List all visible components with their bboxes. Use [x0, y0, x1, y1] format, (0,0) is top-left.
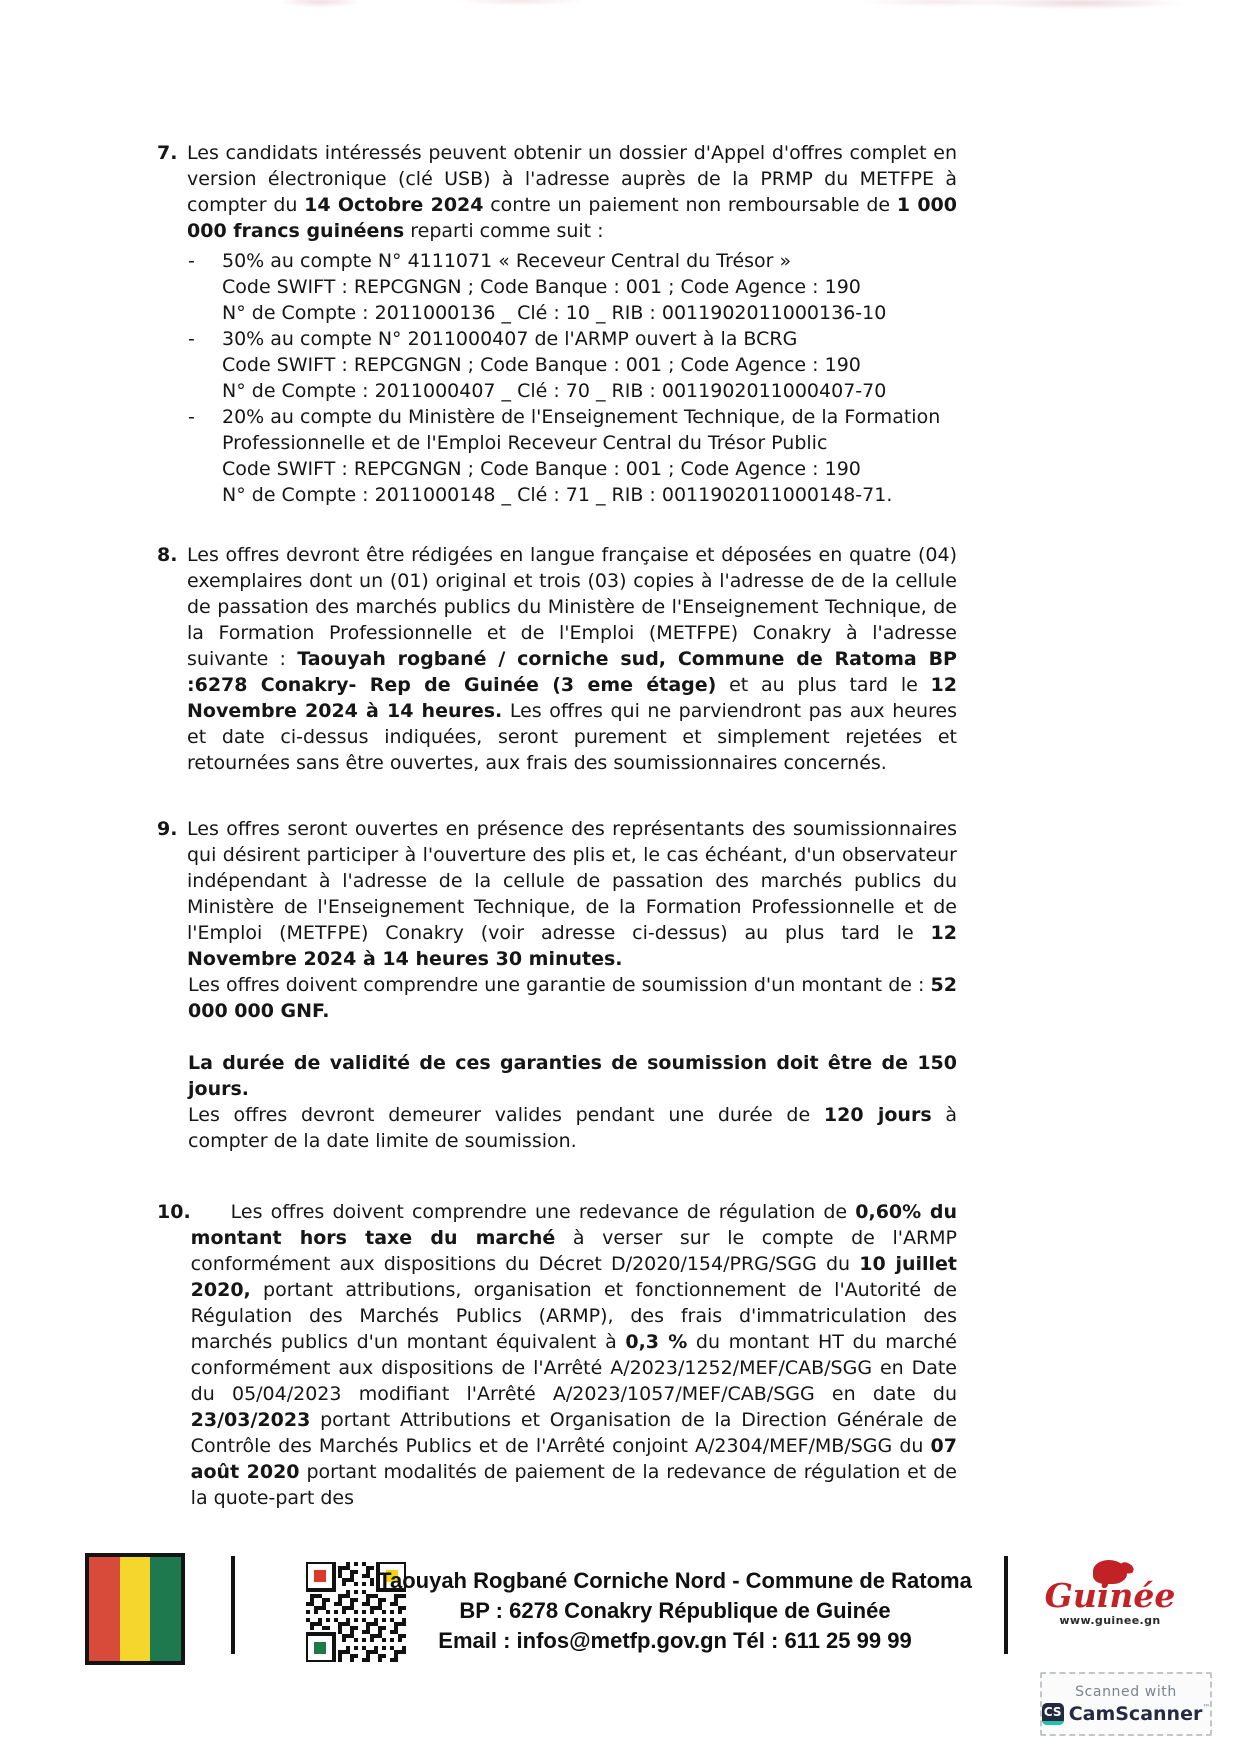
list-item: -30% au compte N° 2011000407 de l'ARMP o… [188, 326, 957, 404]
guinea-flag-icon [85, 1553, 185, 1665]
camscanner-badge: Scanned with CS CamScanner™ [1040, 1672, 1212, 1736]
list-item-line: Code SWIFT : REPCGNGN ; Code Banque : 00… [222, 274, 957, 300]
list-item-line: Code SWIFT : REPCGNGN ; Code Banque : 00… [222, 456, 957, 482]
list-item-line: N° de Compte : 2011000148 _ Clé : 71 _ R… [222, 482, 957, 508]
list-item-line: N° de Compte : 2011000136 _ Clé : 10 _ R… [222, 300, 957, 326]
paragraph: 9.Les offres seront ouvertes en présence… [157, 816, 957, 972]
list-dash: - [188, 404, 222, 508]
list-item: -20% au compte du Ministère de l'Enseign… [188, 404, 957, 508]
list-item-line: 30% au compte N° 2011000407 de l'ARMP ou… [222, 326, 957, 352]
item-number: 7. [157, 140, 187, 244]
text-run: Les offres devront demeurer valides pend… [188, 1104, 824, 1126]
text-run: 20% au compte du Ministère de l'Enseigne… [222, 406, 940, 454]
text-run: 0,3 % [625, 1331, 687, 1353]
footer-address: Taouyah Rogbané Corniche Nord - Commune … [360, 1566, 990, 1656]
text-run: Les offres seront ouvertes en présence d… [187, 818, 957, 944]
text-run: contre un paiement non remboursable de [483, 194, 896, 216]
guinee-logo-url: www.guinee.gn [1030, 1614, 1190, 1627]
text-run: Code SWIFT : REPCGNGN ; Code Banque : 00… [222, 354, 861, 376]
list-item-text: 50% au compte N° 4111071 « Receveur Cent… [222, 248, 957, 326]
item-number: 8. [157, 542, 187, 776]
text-run: portant modalités de paiement de la rede… [191, 1461, 957, 1509]
list-dash: - [188, 248, 222, 326]
footer: Taouyah Rogbané Corniche Nord - Commune … [0, 1540, 1240, 1670]
camscanner-cs-icon: CS [1042, 1703, 1064, 1725]
scan-artifact [0, 0, 1240, 14]
item-number: 10. [157, 1199, 191, 1511]
document-body: 7.Les candidats intéressés peuvent obten… [157, 140, 957, 1511]
paragraph-text: Les offres devront demeurer valides pend… [188, 1102, 957, 1154]
text-run: Code SWIFT : REPCGNGN ; Code Banque : 00… [222, 276, 861, 298]
list-item-text: 20% au compte du Ministère de l'Enseigne… [222, 404, 957, 508]
paragraph-text: Les offres devront être rédigées en lang… [187, 542, 957, 776]
list-dash: - [188, 326, 222, 404]
footer-divider-left [231, 1556, 235, 1654]
paragraph-text: Les offres doivent comprendre une redeva… [191, 1199, 957, 1511]
paragraph: Les offres doivent comprendre une garant… [188, 972, 957, 1024]
footer-divider-right [1004, 1556, 1008, 1654]
list-item-line: N° de Compte : 2011000407 _ Clé : 70 _ R… [222, 378, 957, 404]
text-run: La durée de validité de ces garanties de… [188, 1052, 957, 1100]
text-run: et au plus tard le [716, 674, 930, 696]
flag-yellow-stripe [120, 1557, 151, 1661]
camscanner-name: CamScanner™ [1069, 1703, 1211, 1725]
item-number: 9. [157, 816, 187, 972]
list-item-line: 20% au compte du Ministère de l'Enseigne… [222, 404, 957, 456]
text-run: 50% au compte N° 4111071 « Receveur Cent… [222, 250, 791, 272]
paragraph: 10.Les offres doivent comprendre une red… [157, 1199, 957, 1511]
paragraph-text: Les candidats intéressés peuvent obtenir… [187, 140, 957, 244]
trademark-symbol: ™ [1202, 1703, 1210, 1712]
list-item: -50% au compte N° 4111071 « Receveur Cen… [188, 248, 957, 326]
text-run: reparti comme suit : [404, 220, 603, 242]
flag-red-stripe [89, 1557, 120, 1661]
text-run: 30% au compte N° 2011000407 de l'ARMP ou… [222, 328, 797, 350]
flag-green-stripe [150, 1557, 181, 1661]
camscanner-logo-row: CS CamScanner™ [1042, 1703, 1211, 1725]
paragraph: La durée de validité de ces garanties de… [188, 1050, 957, 1102]
camscanner-scanned-with: Scanned with [1075, 1684, 1177, 1700]
paragraph: 7.Les candidats intéressés peuvent obten… [157, 140, 957, 244]
paragraph-text: Les offres seront ouvertes en présence d… [187, 816, 957, 972]
paragraph: Les offres devront demeurer valides pend… [188, 1102, 957, 1154]
text-run: Code SWIFT : REPCGNGN ; Code Banque : 00… [222, 458, 861, 480]
text-run: 14 Octobre 2024 [304, 194, 483, 216]
text-run: N° de Compte : 2011000148 _ Clé : 71 _ R… [222, 484, 892, 506]
list-item-text: 30% au compte N° 2011000407 de l'ARMP ou… [222, 326, 957, 404]
list-item-line: Code SWIFT : REPCGNGN ; Code Banque : 00… [222, 352, 957, 378]
footer-address-line2: BP : 6278 Conakry République de Guinée [360, 1596, 990, 1626]
text-run: 23/03/2023 [191, 1409, 311, 1431]
text-run: N° de Compte : 2011000407 _ Clé : 70 _ R… [222, 380, 886, 402]
text-run: 120 jours [824, 1104, 932, 1126]
footer-address-line3: Email : infos@metfp.gov.gn Tél : 611 25 … [360, 1626, 990, 1656]
footer-address-line1: Taouyah Rogbané Corniche Nord - Commune … [360, 1566, 990, 1596]
paragraph-text: La durée de validité de ces garanties de… [188, 1050, 957, 1102]
guinee-logo: Guinée www.guinee.gn [1030, 1560, 1190, 1627]
list-item-line: 50% au compte N° 4111071 « Receveur Cent… [222, 248, 957, 274]
text-run: N° de Compte : 2011000136 _ Clé : 10 _ R… [222, 302, 886, 324]
text-run: Les offres doivent comprendre une redeva… [231, 1201, 856, 1223]
text-run: Les offres doivent comprendre une garant… [188, 974, 931, 996]
paragraph-text: Les offres doivent comprendre une garant… [188, 972, 957, 1024]
guinee-bird-icon [1093, 1560, 1127, 1584]
paragraph: 8.Les offres devront être rédigées en la… [157, 542, 957, 776]
